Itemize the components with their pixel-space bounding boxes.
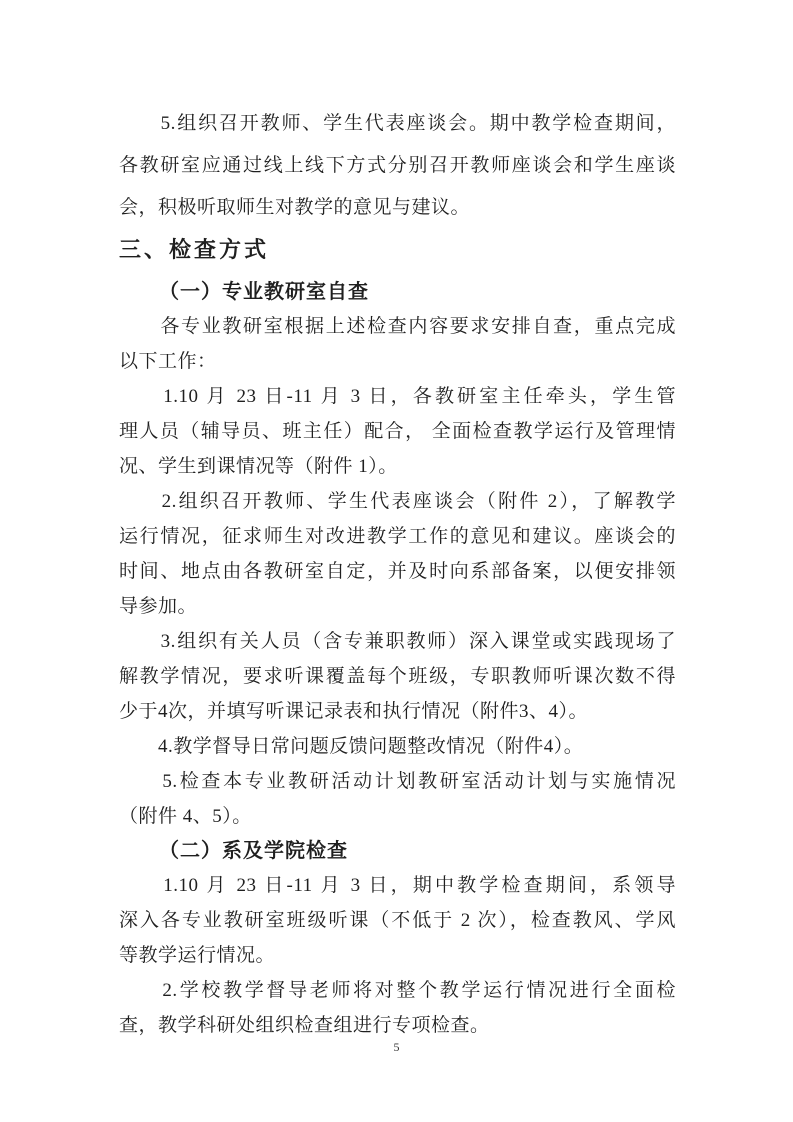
paragraph: 2.学校教学督导老师将对整个教学运行情况进行全面检查，教学科研处组织检查组进行专… bbox=[119, 973, 676, 1043]
text-line: 各教研室应通过线上线下方式分别召开教师座谈会和学生座谈 bbox=[119, 145, 676, 187]
text-line: 1.10 月 23 日-11 月 3 日，各教研室主任牵头，学生管 bbox=[119, 379, 676, 414]
text-line: 5.检查本专业教研活动计划教研室活动计划与实施情况 bbox=[119, 764, 676, 799]
text-line: 会，积极听取师生对教学的意见与建议。 bbox=[119, 187, 676, 229]
text-line: 少于4次，并填写听课记录表和执行情况（附件3、4）。 bbox=[119, 694, 676, 729]
paragraph: 4.教学督导日常问题反馈问题整改情况（附件4）。 bbox=[119, 729, 676, 764]
text-line: 时间、地点由各教研室自定，并及时向系部备案，以便安排领 bbox=[119, 554, 676, 589]
text-line: 等教学运行情况。 bbox=[119, 938, 676, 973]
text-line: 4.教学督导日常问题反馈问题整改情况（附件4）。 bbox=[119, 729, 676, 764]
paragraph: 2.组织召开教师、学生代表座谈会（附件 2），了解教学运行情况，征求师生对改进教… bbox=[119, 484, 676, 624]
text-line: 2.学校教学督导老师将对整个教学运行情况进行全面检 bbox=[119, 973, 676, 1008]
paragraph: 5.组织召开教师、学生代表座谈会。期中教学检查期间，各教研室应通过线上线下方式分… bbox=[119, 103, 676, 229]
text-line: 3.组织有关人员（含专兼职教师）深入课堂或实践现场了 bbox=[119, 624, 676, 659]
text-line: 解教学情况，要求听课覆盖每个班级，专职教师听课次数不得 bbox=[119, 659, 676, 694]
section-heading: 三、检查方式 bbox=[119, 231, 676, 271]
subsection-heading: （一）专业教研室自查 bbox=[119, 275, 676, 309]
text-line: 理人员（辅导员、班主任）配合， 全面检查教学运行及管理情 bbox=[119, 414, 676, 449]
document-content: 5.组织召开教师、学生代表座谈会。期中教学检查期间，各教研室应通过线上线下方式分… bbox=[119, 103, 676, 1043]
text-line: 三、检查方式 bbox=[119, 231, 676, 271]
text-line: 1.10 月 23 日-11 月 3 日，期中教学检查期间，系领导 bbox=[119, 868, 676, 903]
text-line: （二）系及学院检查 bbox=[159, 834, 676, 868]
paragraph: 3.组织有关人员（含专兼职教师）深入课堂或实践现场了解教学情况，要求听课覆盖每个… bbox=[119, 624, 676, 729]
text-line: 运行情况，征求师生对改进教学工作的意见和建议。座谈会的 bbox=[119, 519, 676, 554]
paragraph: 1.10 月 23 日-11 月 3 日，各教研室主任牵头，学生管理人员（辅导员… bbox=[119, 379, 676, 484]
text-line: 各专业教研室根据上述检查内容要求安排自查，重点完成 bbox=[119, 309, 676, 344]
text-line: 查，教学科研处组织检查组进行专项检查。 bbox=[119, 1008, 676, 1043]
text-line: 2.组织召开教师、学生代表座谈会（附件 2），了解教学 bbox=[119, 484, 676, 519]
paragraph: 5.检查本专业教研活动计划教研室活动计划与实施情况（附件 4、5）。 bbox=[119, 764, 676, 834]
paragraph: 各专业教研室根据上述检查内容要求安排自查，重点完成以下工作： bbox=[119, 309, 676, 379]
paragraph: 1.10 月 23 日-11 月 3 日，期中教学检查期间，系领导深入各专业教研… bbox=[119, 868, 676, 973]
text-line: （一）专业教研室自查 bbox=[159, 275, 676, 309]
subsection-heading: （二）系及学院检查 bbox=[119, 834, 676, 868]
text-line: 以下工作： bbox=[119, 344, 676, 379]
text-line: 5.组织召开教师、学生代表座谈会。期中教学检查期间， bbox=[119, 103, 676, 145]
text-line: （附件 4、5）。 bbox=[119, 799, 676, 834]
text-line: 深入各专业教研室班级听课（不低于 2 次），检查教风、学风 bbox=[119, 903, 676, 938]
text-line: 况、学生到课情况等（附件 1）。 bbox=[119, 449, 676, 484]
page-number: 5 bbox=[0, 1040, 793, 1055]
text-line: 导参加。 bbox=[119, 589, 676, 624]
document-page: 5.组织召开教师、学生代表座谈会。期中教学检查期间，各教研室应通过线上线下方式分… bbox=[0, 0, 793, 1122]
